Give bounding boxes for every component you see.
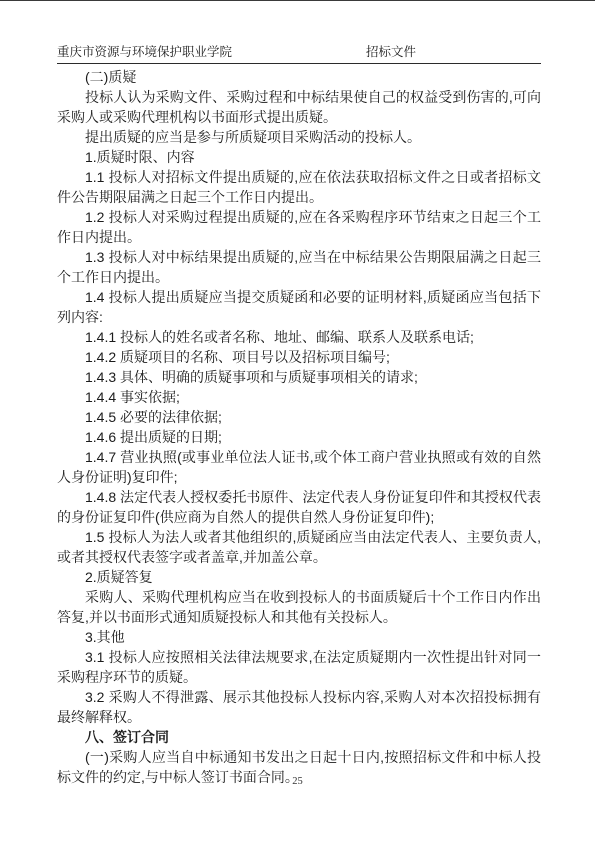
paragraph: 1.4.7 营业执照(或事业单位法人证书,或个体工商户营业执照或有效的自然人身份…	[57, 447, 541, 487]
document-page: 重庆市资源与环境保护职业学院 招标文件 (二)质疑 投标人认为采购文件、采购过程…	[0, 0, 595, 841]
paragraph: 3.2 采购人不得泄露、展示其他投标人投标内容,采购人对本次招投标拥有最终解释权…	[57, 687, 541, 727]
paragraph: 1.5 投标人为法人或者其他组织的,质疑函应当由法定代表人、主要负责人,或者其授…	[57, 527, 541, 567]
paragraph: 1.4.8 法定代表人授权委托书原件、法定代表人身份证复印件和其授权代表的身份证…	[57, 487, 541, 527]
paragraph: 1.4 投标人提出质疑应当提交质疑函和必要的证明材料,质疑函应当包括下列内容:	[57, 287, 541, 327]
paragraph: 1.4.6 提出质疑的日期;	[57, 427, 541, 447]
paragraph: 1.4.1 投标人的姓名或者名称、地址、邮编、联系人及联系电话;	[57, 327, 541, 347]
page-header: 重庆市资源与环境保护职业学院 招标文件	[57, 44, 541, 64]
paragraph: 采购人、采购代理机构应当在收到投标人的书面质疑后十个工作日内作出答复,并以书面形…	[57, 587, 541, 627]
header-school-name: 重庆市资源与环境保护职业学院	[57, 44, 366, 60]
paragraph: 1.4.2 质疑项目的名称、项目号以及招标项目编号;	[57, 347, 541, 367]
paragraph: 1.4.3 具体、明确的质疑事项和与质疑事项相关的请求;	[57, 367, 541, 387]
page-footer: 25	[0, 776, 595, 787]
page-number: 25	[292, 776, 303, 787]
header-document-type: 招标文件	[366, 44, 416, 60]
section-subheading: (二)质疑	[57, 67, 541, 87]
paragraph: 1.4.4 事实依据;	[57, 387, 541, 407]
paragraph: 3.其他	[57, 627, 541, 647]
paragraph: 2.质疑答复	[57, 567, 541, 587]
paragraph: 3.1 投标人应按照相关法律法规要求,在法定质疑期内一次性提出针对同一采购程序环…	[57, 647, 541, 687]
document-body: (二)质疑 投标人认为采购文件、采购过程和中标结果使自己的权益受到伤害的,可向采…	[57, 67, 541, 787]
paragraph: 1.2 投标人对采购过程提出质疑的,应在各采购程序环节结束之日起三个工作日内提出…	[57, 207, 541, 247]
paragraph: 1.1 投标人对招标文件提出质疑的,应在依法获取招标文件之日或者招标文件公告期限…	[57, 167, 541, 207]
paragraph: 1.4.5 必要的法律依据;	[57, 407, 541, 427]
paragraph: 1.质疑时限、内容	[57, 147, 541, 167]
paragraph: 投标人认为采购文件、采购过程和中标结果使自己的权益受到伤害的,可向采购人或采购代…	[57, 87, 541, 127]
paragraph: 提出质疑的应当是参与所质疑项目采购活动的投标人。	[57, 127, 541, 147]
paragraph: 1.3 投标人对中标结果提出质疑的,应当在中标结果公告期限届满之日起三个工作日内…	[57, 247, 541, 287]
section-heading-sign-contract: 八、签订合同	[57, 727, 541, 747]
